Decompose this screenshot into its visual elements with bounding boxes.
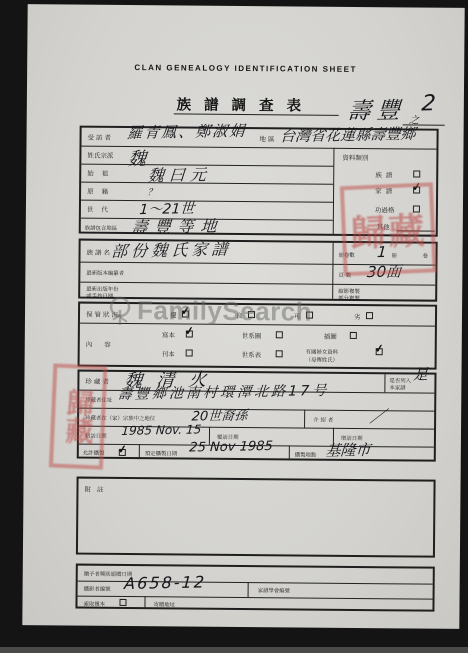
mailing-address-label: 寄贈地址 [153, 600, 175, 608]
column-line [384, 374, 385, 392]
content-label: 內容 [86, 340, 123, 349]
corner-note-place: 壽豐 [347, 92, 407, 126]
column-line [289, 445, 290, 460]
collection-seal-right: 歸藏 [340, 182, 437, 276]
society-number-label: 家譜學會編號 [258, 586, 290, 594]
origin-value: ？ [147, 185, 157, 198]
founder-value: 魏曰元 [147, 162, 212, 186]
pedigree-chart-checkbox [276, 331, 283, 338]
referrer-value: ／ [369, 404, 387, 427]
area-label: 地區 [260, 134, 277, 143]
coverage-label: 族譜包含地區 [85, 224, 117, 232]
scanner-edge-strip [0, 647, 468, 653]
pedigree-table-checkbox [276, 350, 283, 357]
coverage-value: 壽豐等地 [131, 213, 225, 238]
seal-text: 歸藏 [57, 388, 99, 446]
microfilm-label-line2: 部分複製 [338, 294, 360, 302]
row-line [78, 596, 433, 600]
grade-excellent-label: 優 [170, 310, 177, 319]
printed-checkbox [186, 349, 193, 356]
printed-label: 刊本 [162, 349, 175, 358]
included-label-line2: 本家譜 [389, 383, 405, 391]
pedigree-table-label: 世系表 [242, 350, 262, 359]
grade-excellent-checkbox: ✓ [182, 310, 189, 317]
interviewee-label: 受訪者 [88, 133, 114, 142]
column-line [248, 582, 249, 597]
first-visit-value: 1985 Nov. 15 [121, 422, 202, 438]
surname-value: 魏 [127, 145, 147, 171]
generations-label: 世代 [87, 205, 116, 214]
page-title-english: CLAN GENEALOGY IDENTIFICATION SHEET [27, 62, 464, 75]
women-data-checkbox: ✓ [376, 348, 383, 355]
compiler-label: 最新版本編纂者 [86, 269, 124, 277]
admin-table: 贈予者獎狀頒贈日期 攝影者編號 A658-12 家譜學會編號 索取複本 寄贈地址 [75, 564, 434, 612]
referrer-label: 介紹者 [313, 416, 335, 424]
row-line [80, 282, 435, 286]
corner-note-number: 2 [421, 91, 437, 116]
manuscript-checkbox: ✓ [186, 330, 193, 337]
filming-place-label: 攝製地點 [295, 450, 317, 458]
scanned-sheet: CLAN GENEALOGY IDENTIFICATION SHEET 族譜調查… [0, 0, 468, 653]
photographer-number-value: A658-12 [124, 572, 207, 593]
filming-date-value: 25 Nov 1985 [189, 439, 273, 456]
condition-label: 保管狀況 [86, 310, 120, 319]
collection-seal-left: 歸藏 [49, 363, 107, 469]
interviewee-value: 羅青鳳、鄭淑娟 [127, 120, 248, 143]
grade-good-checkbox [248, 311, 255, 318]
women-data-sublabel: （母傳姓氏） [306, 356, 338, 364]
grade-fair-checkbox [306, 312, 313, 319]
filming-place-value: 基隆市 [325, 439, 372, 461]
women-data-label: 有關婦女資料 [306, 348, 338, 356]
grade-poor-checkbox [366, 312, 373, 319]
seal-text: 歸藏 [349, 202, 427, 256]
checkmark: ✓ [180, 304, 191, 318]
grade-poor-label: 劣 [354, 312, 361, 321]
manuscript-label: 寫本 [162, 330, 175, 339]
column-line [304, 410, 305, 428]
row-line [81, 200, 333, 203]
row-line [80, 323, 435, 327]
included-value: 是 [412, 363, 428, 384]
column-line [332, 243, 333, 299]
holder-address-value: 壽豐鄉池南村環潭北路17号 [117, 380, 330, 404]
genealogy-title-value: 部份魏氏家譜 [110, 237, 232, 262]
paper-page: CLAN GENEALOGY IDENTIFICATION SHEET 族譜調查… [22, 4, 464, 629]
photographer-number-label: 攝影者編號 [84, 585, 111, 593]
surname-clan-label: 姓氏宗派 [87, 151, 113, 160]
condition-table: 保管狀況 優 ✓ 良 可 劣 內容 寫本 ✓ 世系圖 插圖 刊本 世系表 有關婦… [78, 302, 438, 370]
grade-fair-label: 可 [294, 311, 301, 320]
holder-table: 珍藏者 魏清火 是否列入 本家譜 是 珍藏者住址 壽豐鄉池南村環潭北路17号 珍… [77, 370, 437, 462]
title-underline [174, 113, 339, 115]
illustrations-checkbox [350, 332, 357, 339]
founder-label: 始祖 [87, 169, 116, 178]
option-zupu-label: 族譜 [375, 170, 396, 179]
notes-box: 附註 [76, 477, 436, 558]
column-line [139, 444, 140, 459]
origin-label: 原籍 [87, 187, 116, 196]
genealogy-title-label: 族譜名 [87, 248, 113, 257]
column-line [144, 596, 145, 608]
filming-permitted-checkbox: ✓ [119, 449, 126, 456]
checkmark: ✓ [184, 324, 195, 338]
pedigree-chart-label: 世系圖 [242, 331, 262, 340]
column-line [333, 148, 335, 235]
area-value: 台灣省花蓮縣壽豐鄉 [279, 123, 416, 147]
notes-label: 附註 [84, 485, 109, 494]
filming-date-label: 預定攝製日期 [145, 449, 177, 457]
checkmark: ✓ [374, 342, 385, 356]
category-label: 資料類別 [342, 153, 368, 162]
grade-good-label: 良 [236, 311, 243, 320]
checkmark: ✓ [117, 442, 128, 456]
request-copy-label: 索取複本 [83, 600, 105, 608]
pubdate-label-line2: 或手抄日期 [86, 292, 113, 300]
option-zupu-checkbox [413, 170, 420, 177]
illustrations-label: 插圖 [324, 332, 337, 341]
request-copy-checkbox [119, 599, 126, 606]
